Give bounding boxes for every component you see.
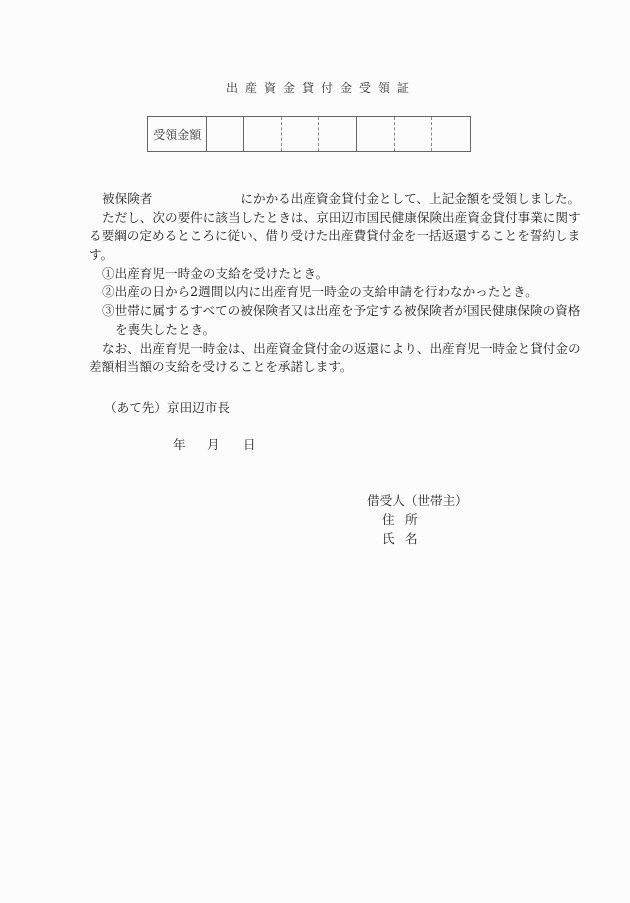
pledge-text-line: ただし、次の要件に該当したときは、京田辺市国民健康保険出産資金貸付事業に関す xyxy=(89,209,549,228)
address-label-char-1: 住 xyxy=(382,509,395,528)
condition-item-3: ③世帯に属するすべての被保険者又は出産を予定する被保険者が国民健康保険の資格 xyxy=(89,302,549,321)
consent-text-line: なお、出産育児一時金は、出産資金貸付金の返還により、出産育児一時金と貸付金の xyxy=(89,340,549,359)
date-year-label: 年 xyxy=(173,434,186,453)
receipt-statement-text: にかかる出産資金貸付金として、上記金額を受領しました。 xyxy=(240,191,580,206)
condition-item-3-continued: を喪失したとき。 xyxy=(89,321,549,340)
date-day-label: 日 xyxy=(243,434,256,453)
condition-item-2: ②出産の日から2週間以内に出産育児一時金の支給申請を行わなかったとき。 xyxy=(89,283,549,302)
receipt-statement: 被保険者にかかる出産資金貸付金として、上記金額を受領しました。 xyxy=(89,190,549,209)
address-label-char-2: 所 xyxy=(405,509,418,528)
amount-digit-cell[interactable] xyxy=(244,117,282,151)
amount-digit-cell[interactable] xyxy=(357,117,395,151)
date-month-label: 月 xyxy=(207,434,220,453)
condition-item-1: ①出産育児一時金の支給を受けたとき。 xyxy=(89,265,549,284)
name-label-char-2: 名 xyxy=(405,528,418,547)
consent-text-line: 差額相当額の支給を受けることを承諾します。 xyxy=(89,358,549,377)
amount-digit-cell[interactable] xyxy=(319,117,357,151)
document-title: 出産資金貸付金受領証 xyxy=(226,80,416,96)
pledge-text-line: る要綱の定めるところに従い、借り受けた出産費貸付金を一括返還することを誓約しま xyxy=(89,227,549,246)
borrower-heading: 借受人（世帯主） xyxy=(367,490,468,509)
body-text: 被保険者にかかる出産資金貸付金として、上記金額を受領しました。 ただし、次の要件… xyxy=(89,190,549,377)
amount-digit-cell[interactable] xyxy=(432,117,470,151)
pledge-text-line: す。 xyxy=(89,246,549,265)
amount-digit-cell[interactable] xyxy=(282,117,320,151)
addressee: （あて先）京田辺市長 xyxy=(104,397,230,416)
amount-digit-cell[interactable] xyxy=(207,117,244,151)
amount-label-cell: 受領金額 xyxy=(148,117,207,151)
amount-digit-cell[interactable] xyxy=(395,117,433,151)
amount-received-table: 受領金額 xyxy=(147,116,471,152)
name-label-char-1: 氏 xyxy=(382,528,395,547)
insured-person-label: 被保険者 xyxy=(102,191,152,206)
